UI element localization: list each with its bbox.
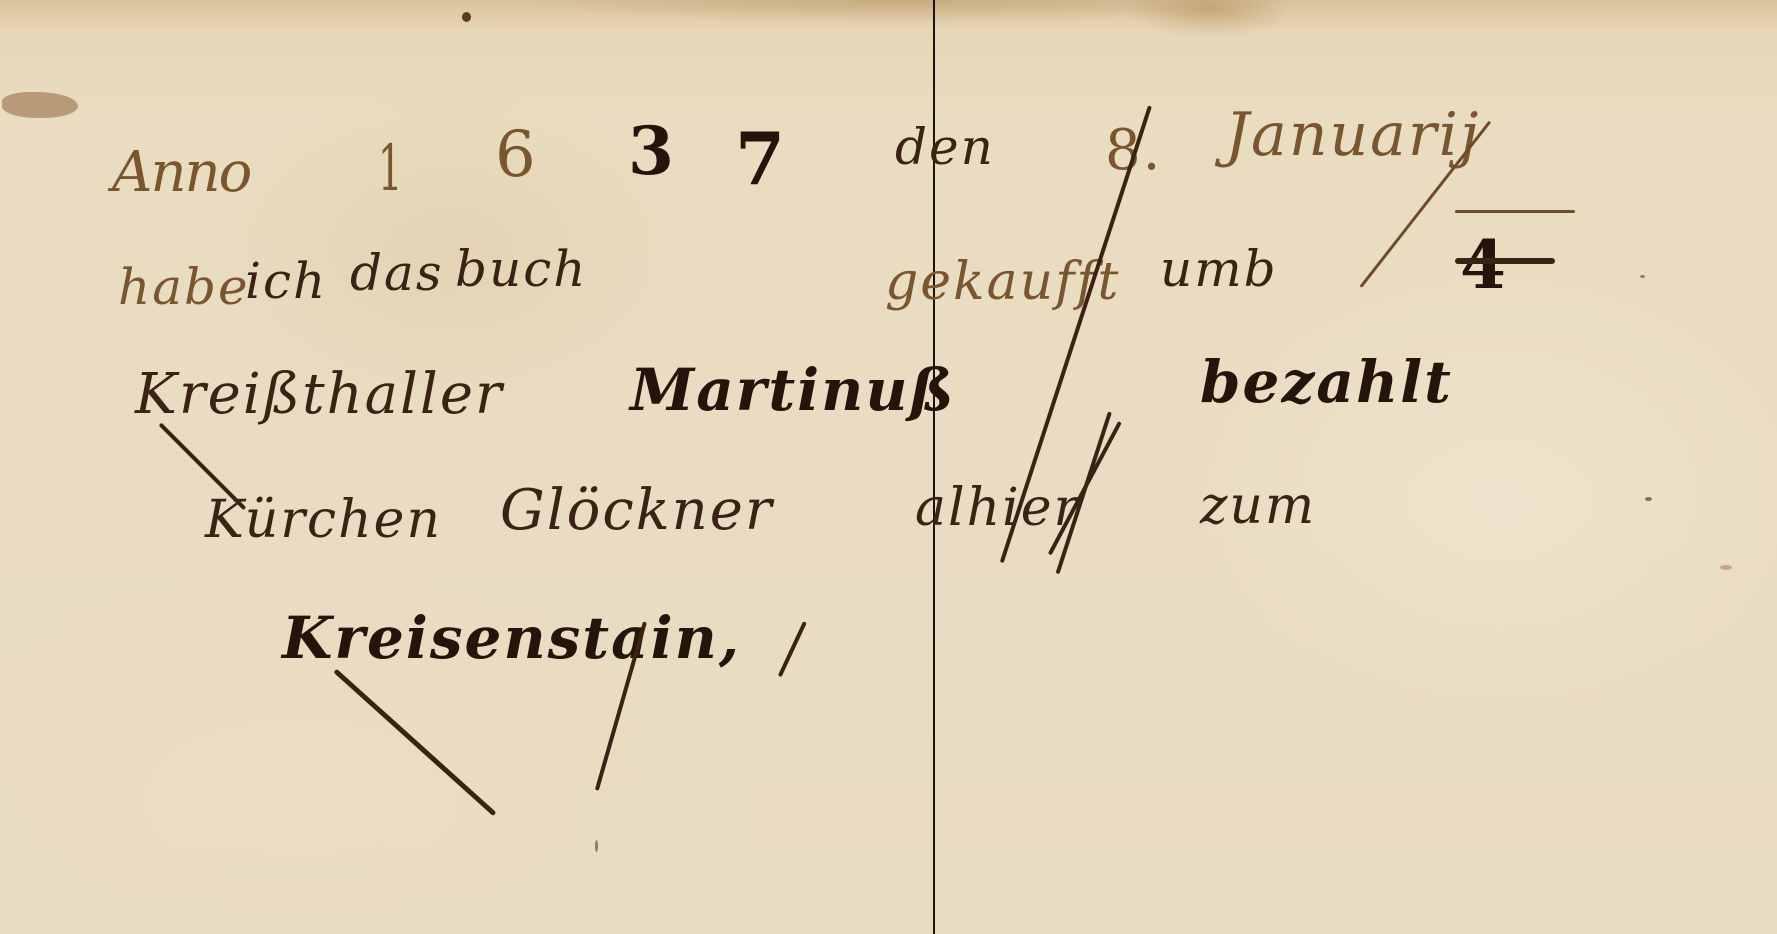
word-das: das: [350, 244, 443, 302]
ink-stain: [2, 92, 78, 118]
paper-speck: [1645, 497, 1652, 501]
year-digit-1: 1: [378, 132, 404, 206]
word-bezahlt: bezahlt: [1200, 348, 1453, 416]
paper-speck: [1720, 565, 1732, 570]
word-gloeckner: Glöckner: [500, 478, 774, 543]
year-digit-7: 7: [735, 116, 787, 201]
word-kreissthaller: Kreißthaller: [135, 362, 504, 427]
word-buch: buch: [455, 240, 587, 298]
word-den: den: [895, 118, 995, 176]
word-umb: umb: [1160, 240, 1278, 298]
word-ich: ich: [245, 252, 327, 310]
word-januarij: Januarij: [1225, 100, 1480, 170]
word-anno: Anno: [112, 140, 250, 205]
paper-speck: [595, 840, 598, 852]
crossbar-stroke: [1455, 258, 1555, 264]
year-digit-3: 3: [628, 112, 676, 190]
word-martinuss: Martinuß: [630, 356, 956, 424]
word-zum: zum: [1200, 476, 1316, 536]
word-kreisenstain: Kreisenstain,: [282, 604, 741, 672]
year-digit-6: 6: [495, 118, 538, 192]
word-kuerchen: Kürchen: [205, 490, 442, 550]
word-alhier: alhier: [915, 478, 1080, 538]
paper-speck: [1640, 275, 1645, 278]
crossbar-stroke: [1455, 210, 1575, 213]
paper-background: [0, 0, 1777, 934]
paper-speck: [462, 12, 471, 22]
price-4: 4: [1460, 226, 1508, 304]
word-habe: habe: [118, 258, 250, 316]
